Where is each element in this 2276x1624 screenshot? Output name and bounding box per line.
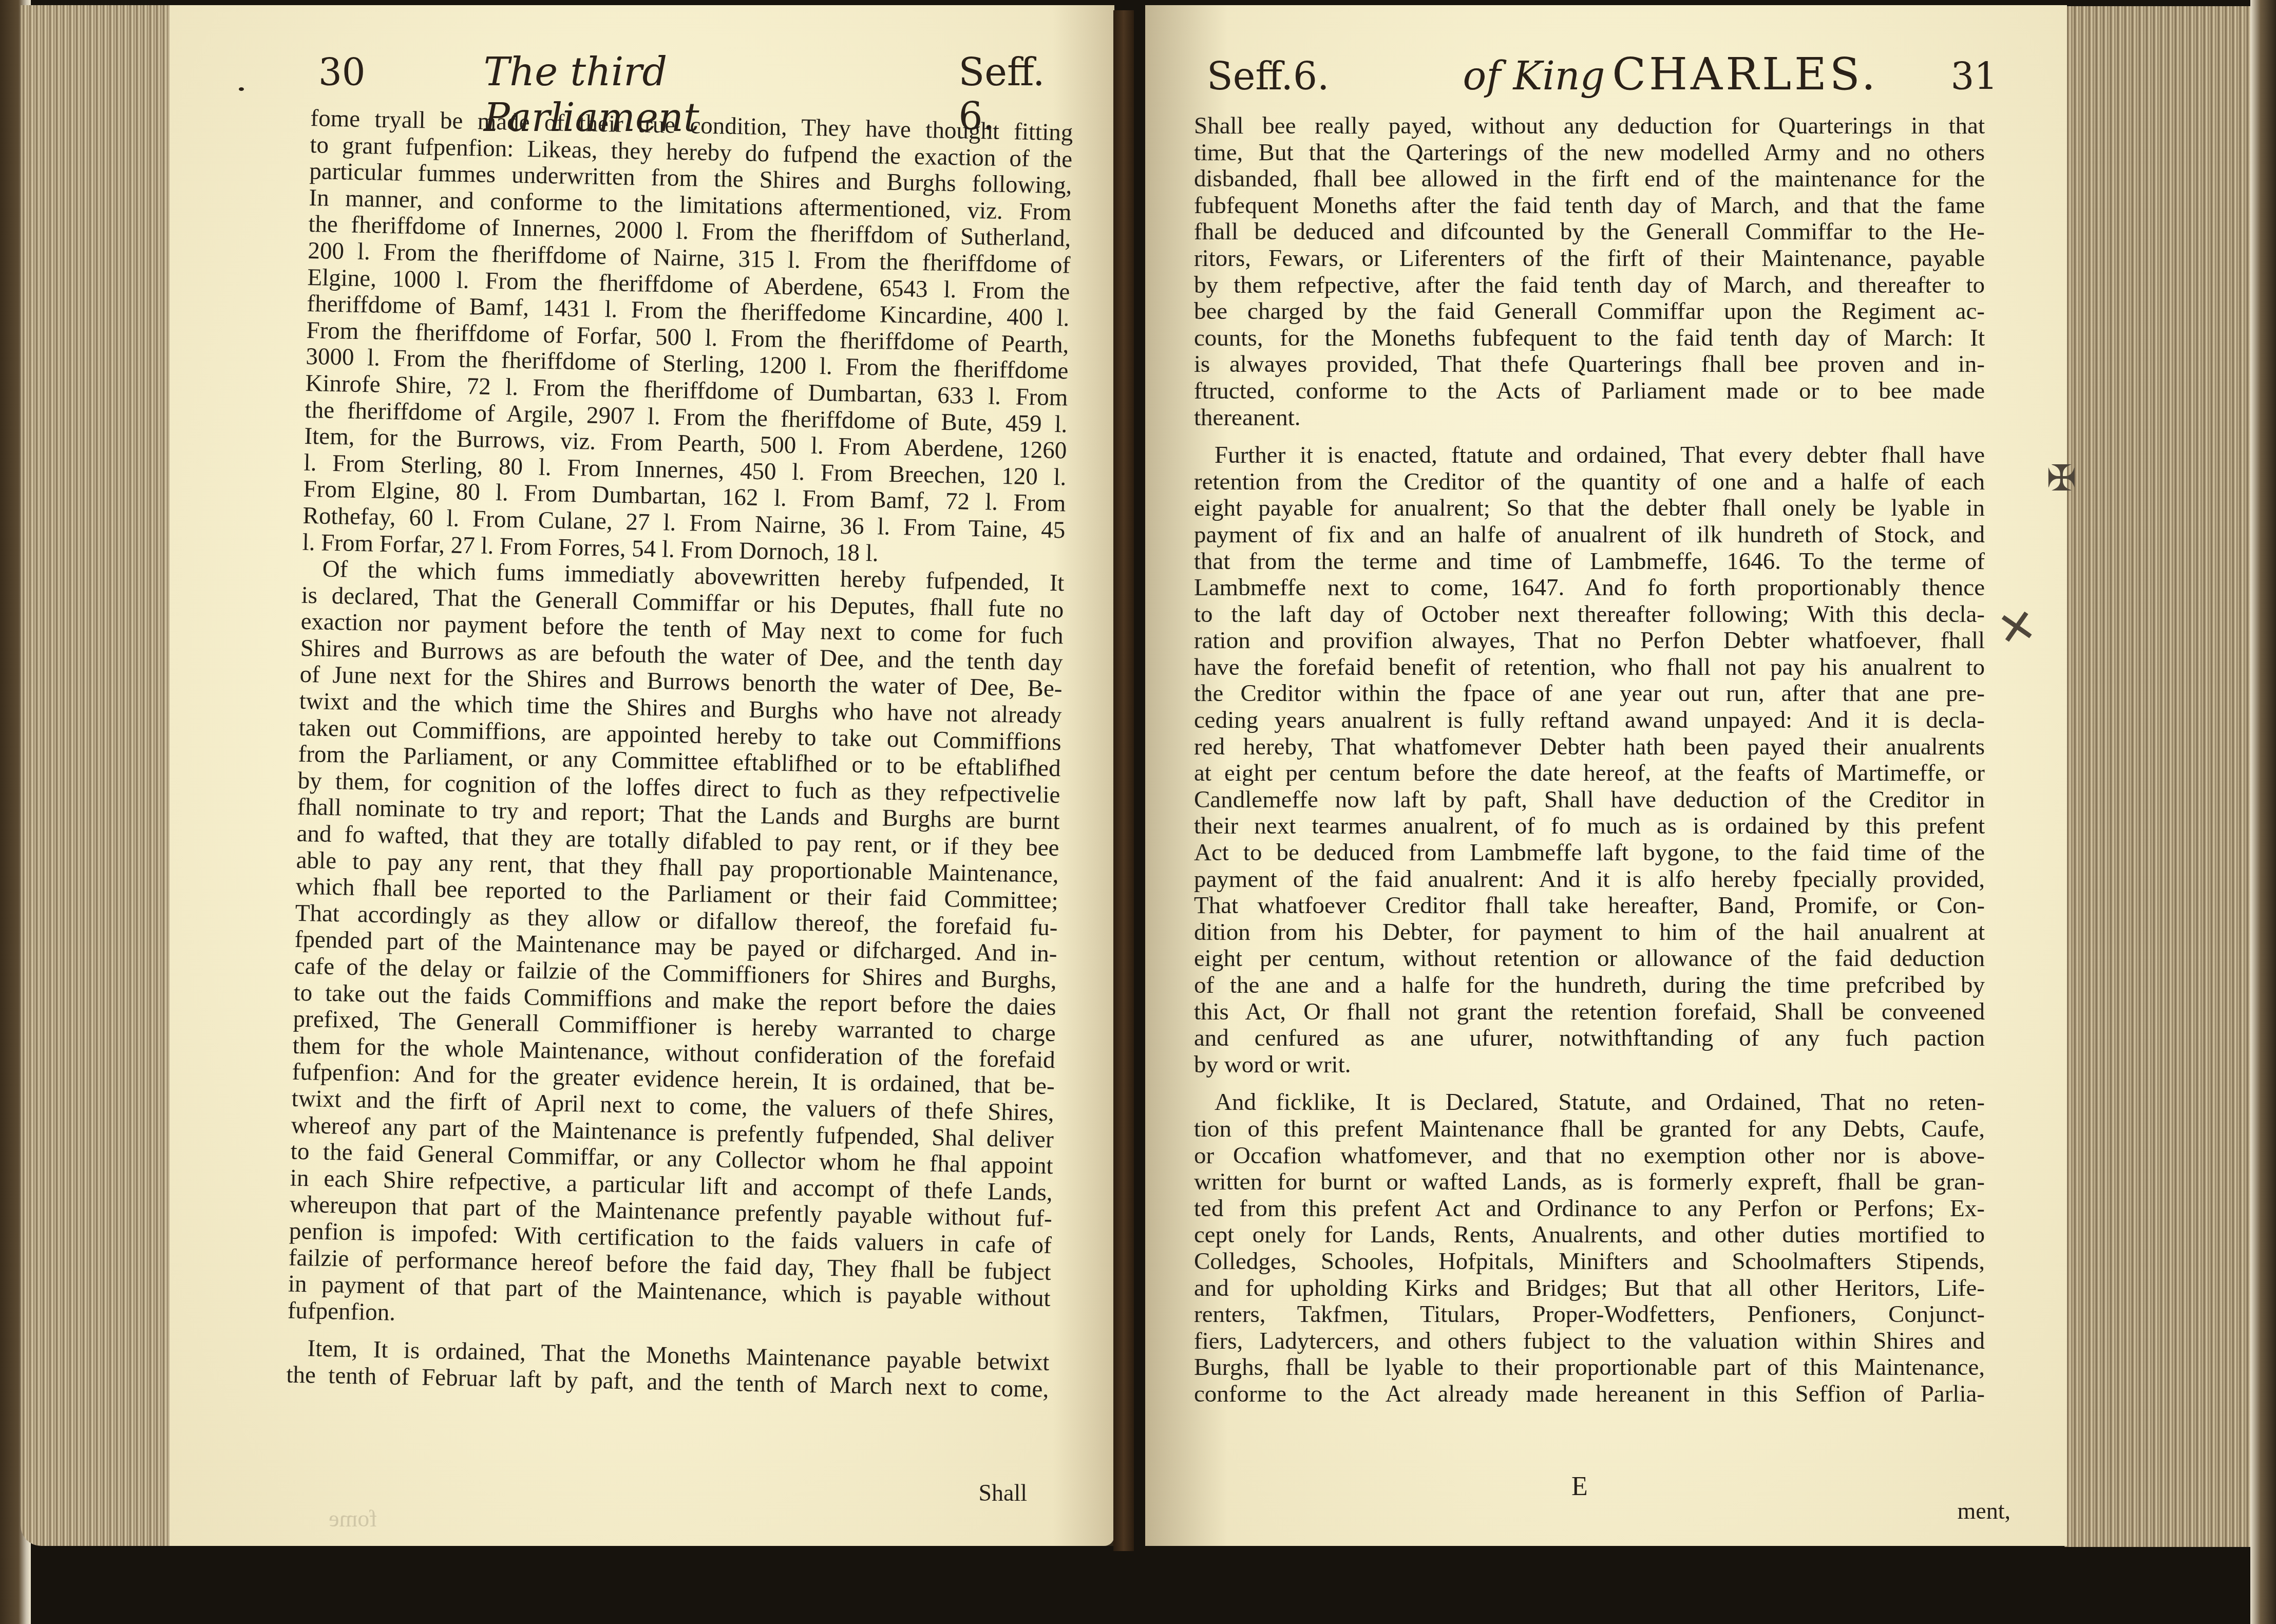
- text-line: at eight per centum before the date here…: [1194, 760, 1985, 787]
- cross-mark-icon: ✕: [1993, 598, 2041, 658]
- text-line: Burghs, fhall be lyable to their proport…: [1194, 1354, 1985, 1381]
- text-line: renters, Takfmen, Titulars, Proper-Wodfe…: [1194, 1301, 1985, 1328]
- text-line: That whatfoever Creditor fhall take here…: [1194, 893, 1985, 919]
- body-text: Shall bee really payed, without any dedu…: [1194, 113, 1985, 1408]
- text-line: tion of this prefent Maintenance fhall b…: [1194, 1116, 1985, 1143]
- running-title-caps: CHARLES.: [1612, 49, 1879, 100]
- text-line: dition from his Debter, for payment to h…: [1194, 919, 1985, 946]
- text-line: and for upholding Kirks and Bridges; But…: [1194, 1275, 1985, 1302]
- text-line: ration and provifion alwayes, That no Pe…: [1194, 628, 1985, 654]
- text-line: eight per centum, without retention or a…: [1194, 946, 1985, 972]
- page-number: 31: [1950, 55, 1998, 98]
- text-line: by word or writ.: [1194, 1052, 1985, 1079]
- text-line: time, But that the Qarterings of the new…: [1194, 140, 1985, 166]
- text-line: eight payable for anualrent; So that the…: [1194, 495, 1985, 522]
- text-line: the Creditor within the fpace of ane yea…: [1194, 681, 1985, 707]
- text-line: or Occafion whatfomever, and that no exe…: [1194, 1143, 1985, 1169]
- text-line: is alwayes provided, That thefe Quarteri…: [1194, 351, 1985, 378]
- page-edges-left: [21, 5, 172, 1546]
- text-line: written for burnt or wafted Lands, as is…: [1194, 1169, 1985, 1196]
- text-line: and cenfured as ane ufurer, notwithftand…: [1194, 1025, 1985, 1052]
- ink-speck: [239, 87, 244, 91]
- text-line: disbanded, fhall bee allowed in the firf…: [1194, 166, 1985, 193]
- signature-mark: E: [1571, 1471, 1588, 1502]
- book-cover-right: [2250, 0, 2276, 1624]
- text-line: ftructed, conforme to the Acts of Parlia…: [1194, 378, 1985, 405]
- text-line: retention from the Creditor of the quant…: [1194, 469, 1985, 496]
- session-label: Seff.6.: [1207, 54, 1330, 99]
- text-line: this Act, Or fhall not grant the retenti…: [1194, 999, 1985, 1026]
- text-line: fubfequent Moneths after the faid tenth …: [1194, 193, 1985, 219]
- running-head: 30 The third Parliament Seff. 6.: [318, 49, 1089, 105]
- text-line: counts, for the Moneths fubfequent to th…: [1194, 325, 1985, 352]
- running-head: Seff.6. of King CHARLES. 31: [1207, 49, 1998, 105]
- ink-blot-icon: ✠: [2046, 457, 2077, 499]
- text-line: Candlemeffe now laft by paft, Shall have…: [1194, 787, 1985, 814]
- text-line: bee charged by the faid Generall Commiff…: [1194, 298, 1985, 325]
- text-line: payment of fix and an halfe of anualrent…: [1194, 522, 1985, 549]
- text-line: fiers, Ladytercers, and others fubject t…: [1194, 1328, 1985, 1355]
- text-line: Lambmeffe next to come, 1647. And fo for…: [1194, 575, 1985, 601]
- page-number: 30: [318, 51, 366, 94]
- text-line: fhall be deduced and difcounted by the G…: [1194, 219, 1985, 246]
- text-line: of the ane and a halfe for the hundreth,…: [1194, 972, 1985, 999]
- text-line: ritors, Fewars, or Liferenters of the fi…: [1194, 246, 1985, 272]
- body-text: fome tryall be made of their true condit…: [286, 105, 1073, 1403]
- catchword: Shall: [978, 1479, 1027, 1506]
- text-line: ceding years anualrent is fully reftand …: [1194, 707, 1985, 734]
- text-line: Further it is enacted, ftatute and ordai…: [1194, 442, 1985, 469]
- text-line: Act to be deduced from Lambmeffe laft by…: [1194, 840, 1985, 866]
- left-page: 30 The third Parliament Seff. 6. fome tr…: [169, 5, 1114, 1546]
- text-line: ted from this prefent Act and Ordinance …: [1194, 1196, 1985, 1222]
- text-line: Colledges, Schooles, Hofpitals, Minifter…: [1194, 1249, 1985, 1275]
- text-line: their next tearmes anualrent, of fo much…: [1194, 813, 1985, 840]
- right-page: Seff.6. of King CHARLES. 31 Shall bee re…: [1145, 5, 2067, 1546]
- text-line: by them refpective, after the faid tenth…: [1194, 272, 1985, 299]
- text-line: that from the terme and time of Lambmeff…: [1194, 549, 1985, 575]
- page-edges-right: [2064, 6, 2254, 1547]
- text-line: payment of the faid anualrent: And it is…: [1194, 866, 1985, 893]
- running-title-italic: of King: [1463, 53, 1605, 99]
- text-line: thereanent.: [1194, 405, 1985, 431]
- bleed-through-text: fome: [329, 1505, 377, 1532]
- text-line: have the forefaid benefit of retention, …: [1194, 654, 1985, 681]
- book-spine-gutter: [1113, 10, 1134, 1551]
- text-line: cept onely for Lands, Rents, Anualrents,…: [1194, 1222, 1985, 1249]
- text-line: And ficklike, It is Declared, Statute, a…: [1194, 1089, 1985, 1116]
- text-line: conforme to the Act already made hereane…: [1194, 1381, 1985, 1408]
- catchword: ment,: [1958, 1497, 2011, 1524]
- text-line: to the laft day of October next thereaft…: [1194, 601, 1985, 628]
- text-line: red hereby, That whatfomever Debter hath…: [1194, 734, 1985, 761]
- text-line: Shall bee really payed, without any dedu…: [1194, 113, 1985, 140]
